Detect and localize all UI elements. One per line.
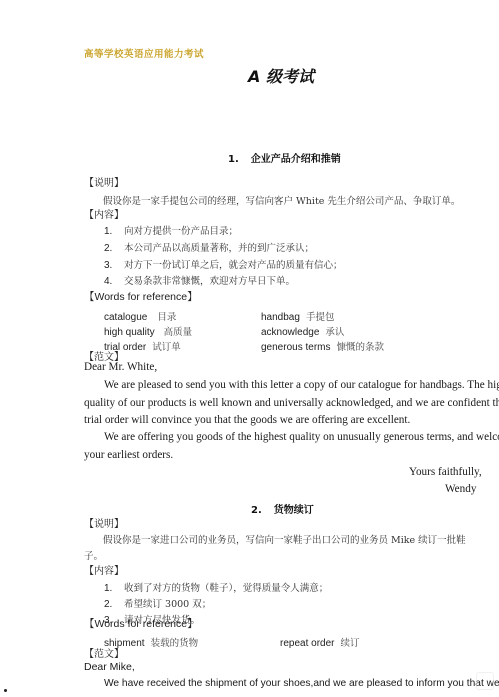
reference-word: repeat order续订 (280, 631, 360, 650)
explanation-tag: 【说明】 (84, 515, 124, 530)
section-title: 企业产品介绍和推销 (251, 154, 341, 165)
page-title: A 级考试 (248, 64, 314, 87)
content-tag: 【内容】 (84, 562, 124, 577)
stray-dot (4, 689, 7, 692)
section-1-heading: 1.企业产品介绍和推销 (228, 150, 341, 165)
letter-closing: Yours faithfully, (409, 466, 482, 478)
letter-line: your earliest orders. (84, 449, 173, 461)
explanation-text: 子。 (84, 548, 103, 562)
letter-salutation: Dear Mr. White, (84, 361, 157, 373)
explanation-tag: 【说明】 (84, 174, 124, 189)
section-title: 货物续订 (274, 505, 314, 516)
letter-signature: Wendy (445, 483, 476, 495)
content-tag: 【内容】 (84, 206, 124, 221)
content-item: 1.向对方提供一份产品目录； (104, 223, 238, 237)
section-number: 1. (228, 154, 239, 165)
explanation-text: 假设你是一家进口公司的业务员，写信向一家鞋子出口公司的业务员 Mike 续订一批… (103, 532, 466, 546)
exam-series-label: 高等学校英语应用能力考试 (84, 46, 204, 60)
content-item: 4.交易条款非常慷慨，欢迎对方早日下单。 (104, 273, 295, 287)
letter-line: We are pleased to send you with this let… (104, 379, 499, 391)
letter-salutation: Dear Mike, (84, 661, 135, 673)
content-item: 2.希望续订 3000 双； (104, 596, 211, 610)
letter-line: trial order will convince you that the g… (84, 414, 410, 426)
section-number: 2. (251, 505, 262, 516)
sample-tag: 【范文】 (84, 645, 124, 660)
reference-word: generous terms慷慨的条款 (261, 335, 384, 354)
letter-line: We have received the shipment of your sh… (104, 678, 499, 689)
section-2-heading: 2.货物续订 (251, 501, 314, 516)
words-reference-tag: 【Words for reference】 (84, 616, 198, 631)
letter-line: We are offering you goods of the highest… (104, 431, 499, 443)
content-item: 2.本公司产品以高质量著称，并的到广泛承认； (104, 240, 314, 254)
words-reference-tag: 【Words for reference】 (84, 289, 198, 304)
letter-line: quality of our products is well known an… (84, 397, 499, 409)
watermark-icon (476, 672, 494, 690)
explanation-text: 假设你是一家手提包公司的经理，写信向客户 White 先生介绍公司产品、争取订单… (103, 193, 460, 207)
content-item: 3.对方下一份试订单之后，就会对产品的质量有信心； (104, 257, 343, 271)
content-item: 1.收到了对方的货物（鞋子），觉得质量令人满意； (104, 580, 328, 594)
